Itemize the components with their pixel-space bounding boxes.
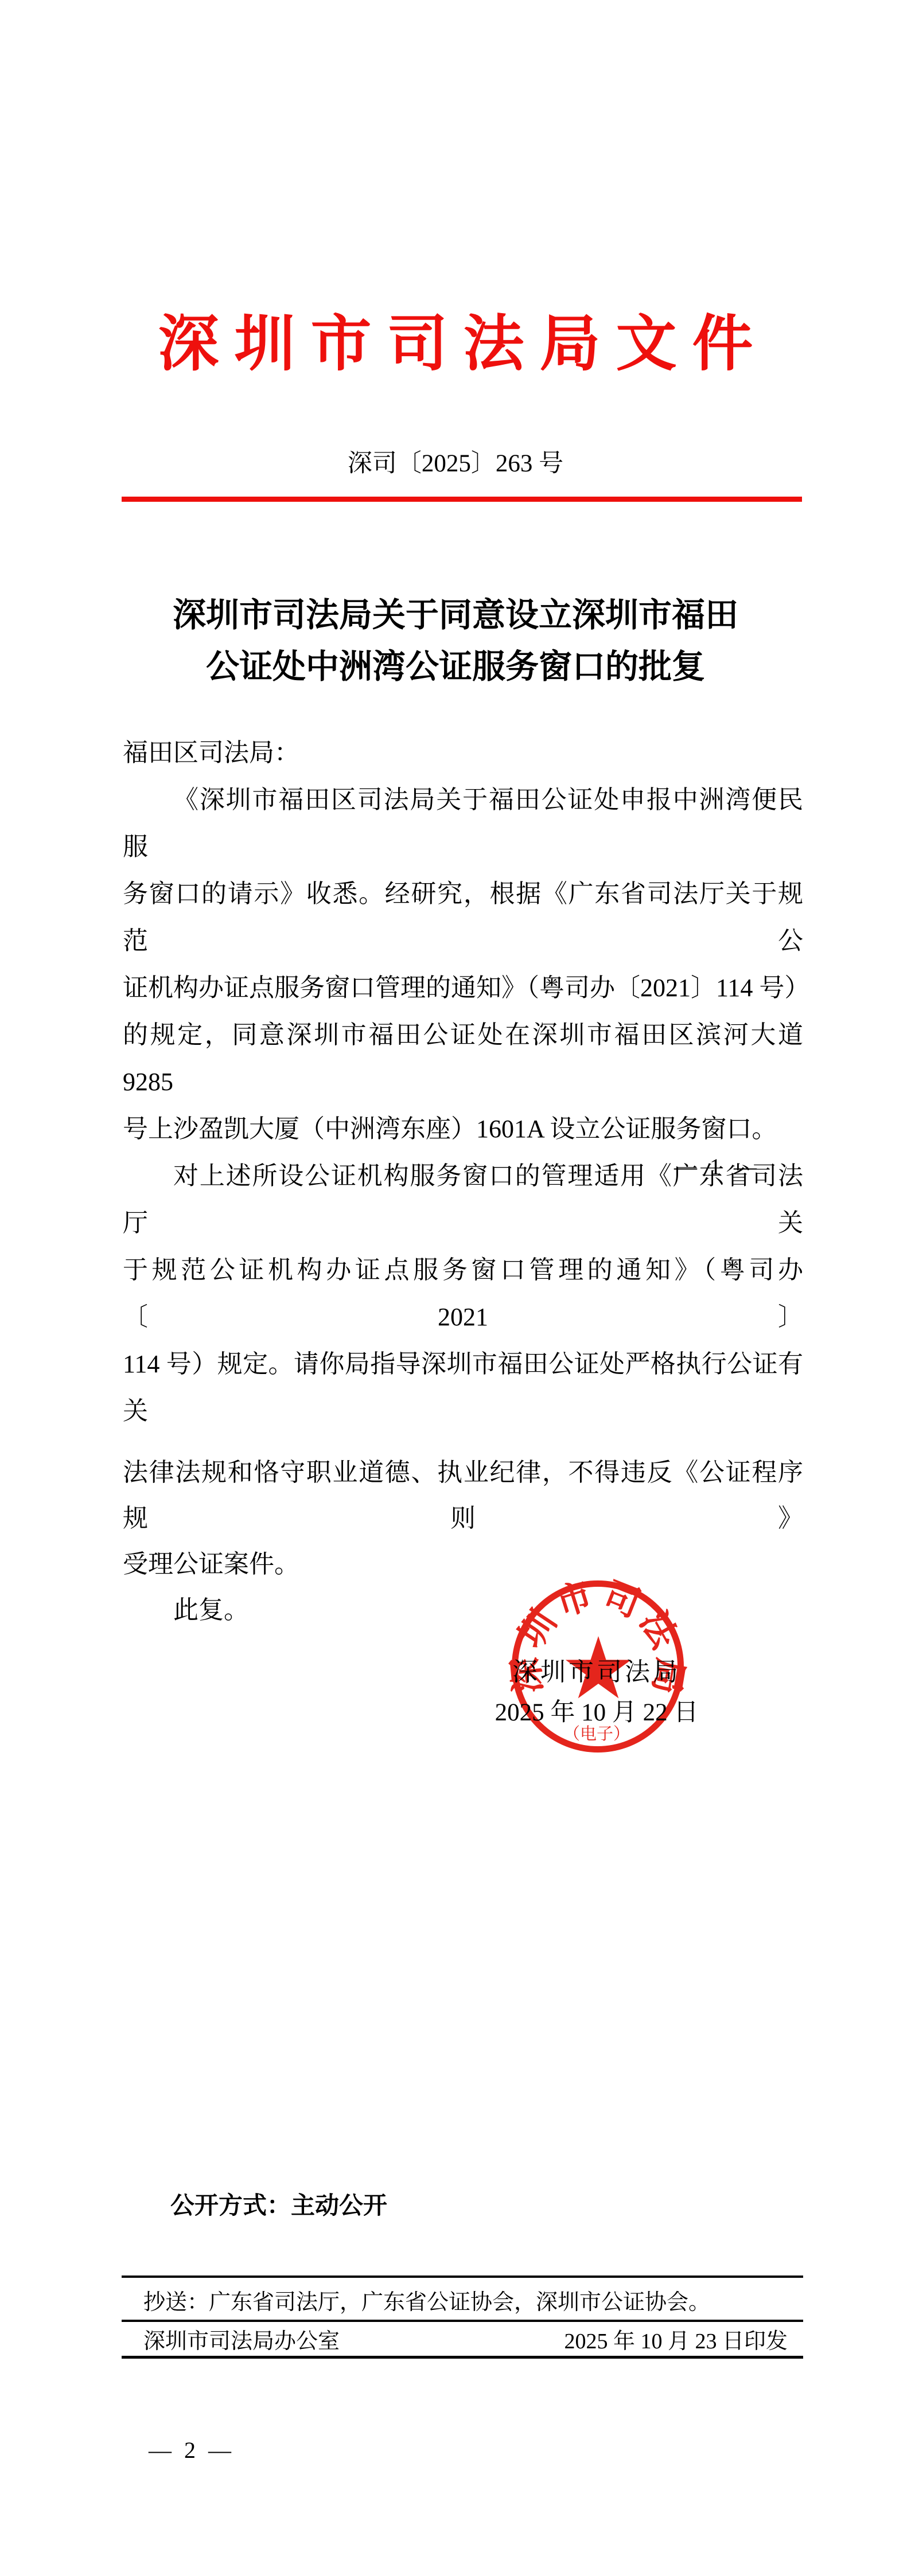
issuing-office: 深圳市司法局办公室 [143, 2328, 340, 2355]
body-line: 法律法规和恪守职业道德、执业纪律，不得违反《公证程序规则》 [123, 1450, 803, 1541]
page-number-1: — 1 — [660, 1154, 774, 1180]
document-reference-number: 深司〔2025〕263 号 [0, 450, 911, 478]
document-masthead: 深圳市司法局文件 [0, 311, 911, 378]
signing-date: 2025 年 10 月 22 日 [442, 1699, 752, 1727]
page-number-2: — 2 — [134, 2437, 249, 2464]
document-title: 深圳市司法局关于同意设立深圳市福田 公证处中洲湾公证服务窗口的批复 [0, 590, 911, 693]
footer-rule-top [122, 2276, 803, 2278]
body-text-page-2: 法律法规和恪守职业道德、执业纪律，不得违反《公证程序规则》 受理公证案件。 此复… [123, 1450, 803, 1633]
red-separator-rule [122, 497, 802, 502]
body-line: 于规范公证机构办证点服务窗口管理的通知》（粤司办〔2021〕 [123, 1247, 803, 1341]
body-text-page-1: 福田区司法局： 《深圳市福田区司法局关于福田公证处申报中洲湾便民服 务窗口的请示… [123, 729, 803, 1435]
official-document-page: 深圳市司法局文件 深司〔2025〕263 号 深圳市司法局关于同意设立深圳市福田… [0, 0, 911, 2576]
body-line: 证机构办证点服务窗口管理的通知》（粤司办〔2021〕114 号） [123, 965, 803, 1012]
body-line: 务窗口的请示》收悉。经研究，根据《广东省司法厅关于规范公 [123, 871, 803, 965]
body-line: 《深圳市福田区司法局关于福田公证处申报中洲湾便民服 [123, 776, 803, 871]
footer-rule-middle [122, 2320, 803, 2322]
print-date: 2025 年 10 月 23 日印发 [564, 2328, 788, 2355]
body-line: 受理公证案件。 [123, 1541, 803, 1587]
closing-line: 此复。 [123, 1587, 803, 1633]
body-line: 114 号）规定。请你局指导深圳市福田公证处严格执行公证有关 [123, 1341, 803, 1435]
footer-rule-bottom [122, 2356, 803, 2359]
issuer-row: 深圳市司法局办公室 2025 年 10 月 23 日印发 [143, 2328, 788, 2355]
salutation-line: 福田区司法局： [123, 729, 803, 776]
electronic-seal-note: （电子） [442, 1724, 752, 1744]
document-title-line-1: 深圳市司法局关于同意设立深圳市福田 [0, 590, 911, 641]
disclosure-method: 公开方式：主动公开 [170, 2191, 387, 2220]
cc-recipients: 抄送：广东省司法厅，广东省公证协会，深圳市公证协会。 [143, 2289, 792, 2316]
body-line: 的规定，同意深圳市福田公证处在深圳市福田区滨河大道 9285 [123, 1012, 803, 1106]
document-title-line-2: 公证处中洲湾公证服务窗口的批复 [0, 641, 911, 693]
body-line: 号上沙盈凯大厦（中洲湾东座）1601A 设立公证服务窗口。 [123, 1106, 803, 1153]
signing-authority: 深圳市司法局 [442, 1657, 752, 1687]
